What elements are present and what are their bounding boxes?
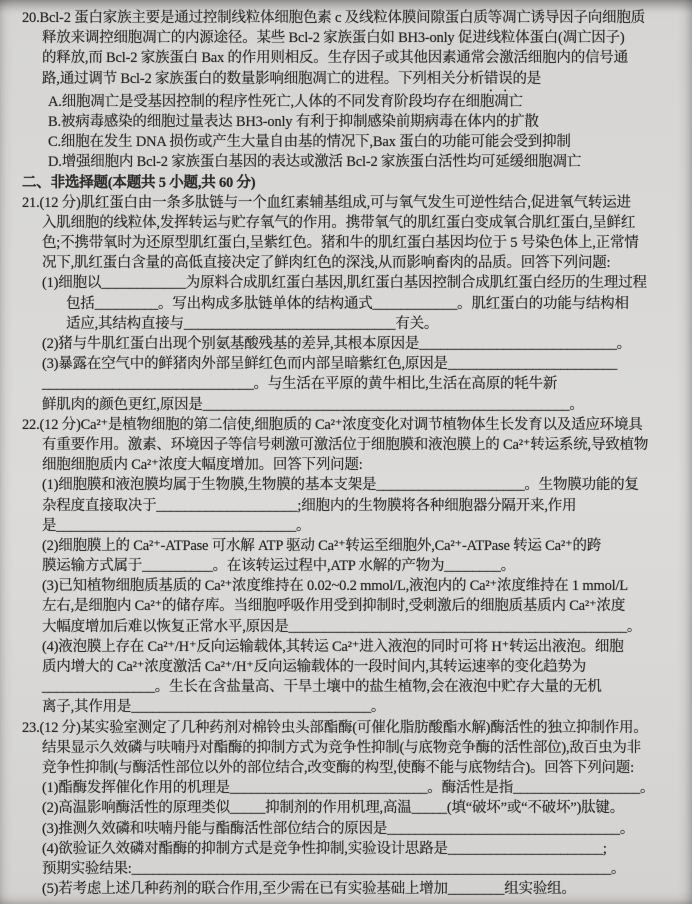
emphasized-text: 错误 (484, 71, 513, 87)
q22-sub2-line-1: (2)细胞膜上的 Ca²⁺-ATPase 可水解 ATP 驱动 Ca²⁺转运至细… (0, 536, 692, 556)
text-segment: 的是 (513, 71, 542, 87)
q23-sub3-line-1: (3)推测久效磷和呋喃丹能与酯酶活性部位结合的原因是______________… (0, 819, 692, 839)
q20-option-d: D.增强细胞内 Bcl-2 家族蛋白基因的表达或激活 Bcl-2 家族蛋白活性均… (0, 152, 692, 172)
q22-sub1-line-3: 是__________________________________。 (0, 516, 692, 536)
q21-sub2-line-1: (2)猪与牛肌红蛋白出现个别氨基酸残基的差异,其根本原因是___________… (0, 334, 692, 354)
q21-stem-line-1: 21.(12 分)肌红蛋白由一条多肽链与一个血红素辅基组成,可与氧气发生可逆性结… (0, 193, 692, 213)
q22-sub2-line-2: 膜运输方式属于__________。在该转运过程中,ATP 水解的产物为____… (0, 556, 692, 576)
q22-sub4-line-1: (4)液泡膜上存在 Ca²⁺/H⁺反向运输载体,其转运 Ca²⁺进入液泡的同时可… (0, 637, 692, 657)
q22-sub3-line-1: (3)已知植物细胞质基质的 Ca²⁺浓度维持在 0.02~0.2 mmol/L,… (0, 576, 692, 596)
q23-sub2-line-1: (2)高温影响酶活性的原理类似_____抑制剂的作用机理,高温_____(填“破… (0, 798, 692, 818)
exam-page: 20.Bcl-2 蛋白家族主要是通过控制线粒体细胞色素 c 及线粒体膜间隙蛋白质… (0, 0, 692, 904)
q22-sub3-line-3: 大幅度增加后难以恢复正常水平,原因是______________________… (0, 617, 692, 637)
q21-sub1-line-2: 包括_________。写出构成多肽链单体的结构通式____________。肌… (0, 294, 692, 314)
q22-sub4-line-4: 离子,其作用是_________________________________… (0, 697, 692, 717)
q21-stem-line-3: 色;不携带氧时为还原型肌红蛋白,呈紫红色。猪和牛的肌红蛋白基因均位于 5 号染色… (0, 233, 692, 253)
q20-option-a: A.细胞凋亡是受基因控制的程序性死亡,人体的不同发育阶段均存在细胞凋亡 (0, 92, 692, 112)
section-heading: 二、非选择题(本题共 5 小题,共 60 分) (0, 173, 692, 193)
document-lines: 20.Bcl-2 蛋白家族主要是通过控制线粒体细胞色素 c 及线粒体膜间隙蛋白质… (0, 0, 692, 899)
q23-sub5-line-1: (5)若考虑上述几种药剂的联合作用,至少需在已有实验基础上增加________组… (0, 879, 692, 899)
q21-sub1-line-3: 适应,其结构直接与______________________________有… (0, 314, 692, 334)
q20-stem-line-4: 路,通过调节 Bcl-2 家族蛋白的数量影响细胞凋亡的进程。下列相关分析错误的是 (0, 69, 692, 89)
q22-sub3-line-2: 左右,是细胞内 Ca²⁺的储存库。当细胞呼吸作用受到抑制时,受刺激后的细胞质基质… (0, 596, 692, 616)
q21-sub3-line-2: ______________________________。与生活在平原的黄牛… (0, 374, 692, 394)
q23-stem-line-1: 23.(12 分)某实验室测定了几种药剂对棉铃虫头部酯酶(可催化脂肪酸酯水解)酶… (0, 718, 692, 738)
q20-stem-line-2: 释放来调控细胞凋亡的内源途径。某些 Bcl-2 家族蛋白如 BH3-only 促… (0, 28, 692, 48)
text-segment: 路,通过调节 Bcl-2 家族蛋白的数量影响细胞凋亡的进程。下列相关分析 (42, 71, 484, 87)
q22-sub4-line-3: ________________。生长在含盐量高、干旱土壤中的盐生植物,会在液泡… (0, 677, 692, 697)
q22-stem-line-2: 有重要作用。激素、环境因子等信号刺激可激活位于细胞膜和液泡膜上的 Ca²⁺转运系… (0, 435, 692, 455)
q22-stem-line-1: 22.(12 分)Ca²⁺是植物细胞的第二信使,细胞质的 Ca²⁺浓度变化对调节… (0, 415, 692, 435)
q23-stem-line-2: 结果显示久效磷与呋喃丹对酯酶的抑制方式为竞争性抑制(与底物竞争酶的活性部位),敌… (0, 738, 692, 758)
q22-sub1-line-2: 杂程度直接取决于____________________;细胞内的生物膜将各种细… (0, 496, 692, 516)
q20-stem-line-1: 20.Bcl-2 蛋白家族主要是通过控制线粒体细胞色素 c 及线粒体膜间隙蛋白质… (0, 8, 692, 28)
q23-sub4-line-1: (4)欲验证久效磷对酯酶的抑制方式是竞争性抑制,实验设计思路是_________… (0, 839, 692, 859)
q23-sub1-line-1: (1)酯酶发挥催化作用的机理是_________________________… (0, 778, 692, 798)
q21-sub3-line-3: 鲜肌肉的颜色更红,原因是____________________________… (0, 395, 692, 415)
q22-stem-line-3: 细胞细胞质内 Ca²⁺浓度大幅度增加。回答下列问题: (0, 455, 692, 475)
q22-sub1-line-1: (1)细胞膜和液泡膜均属于生物膜,生物膜的基本支架是______________… (0, 475, 692, 495)
q23-sub4-line-2: 预期实验结果:_________________________________… (0, 859, 692, 879)
q21-sub1-line-1: (1)细胞以____________为原料合成肌红蛋白基因,肌红蛋白基因控制合成… (0, 273, 692, 293)
q20-stem-line-3: 的释放,而 Bcl-2 家族蛋白 Bax 的作用则相反。生存因子或其他因素通常会… (0, 48, 692, 68)
q20-option-b: B.被病毒感染的细胞过量表达 BH3-only 有利于抑制感染前期病毒在体内的扩… (0, 112, 692, 132)
q20-option-c: C.细胞在发生 DNA 损伤或产生大量自由基的情况下,Bax 蛋白的功能可能会受… (0, 132, 692, 152)
q23-stem-line-3: 竞争性抑制(与酶活性部位以外的部位结合,改变酶的构型,使酶不能与底物结合)。回答… (0, 758, 692, 778)
q22-sub4-line-2: 质内增大的 Ca²⁺浓度激活 Ca²⁺/H⁺反向运输载体的一段时间内,其转运速率… (0, 657, 692, 677)
q21-stem-line-4: 况下,肌红蛋白含量的高低直接决定了鲜肉红色的深浅,从而影响畜肉的品质。回答下列问… (0, 253, 692, 273)
q21-sub3-line-1: (3)暴露在空气中的鲜猪肉外部呈鲜红色而内部呈暗紫红色,原因是_________… (0, 354, 692, 374)
q21-stem-line-2: 入肌细胞的线粒体,发挥转运与贮存氧气的作用。携带氧气的肌红蛋白变成氧合肌红蛋白,… (0, 213, 692, 233)
